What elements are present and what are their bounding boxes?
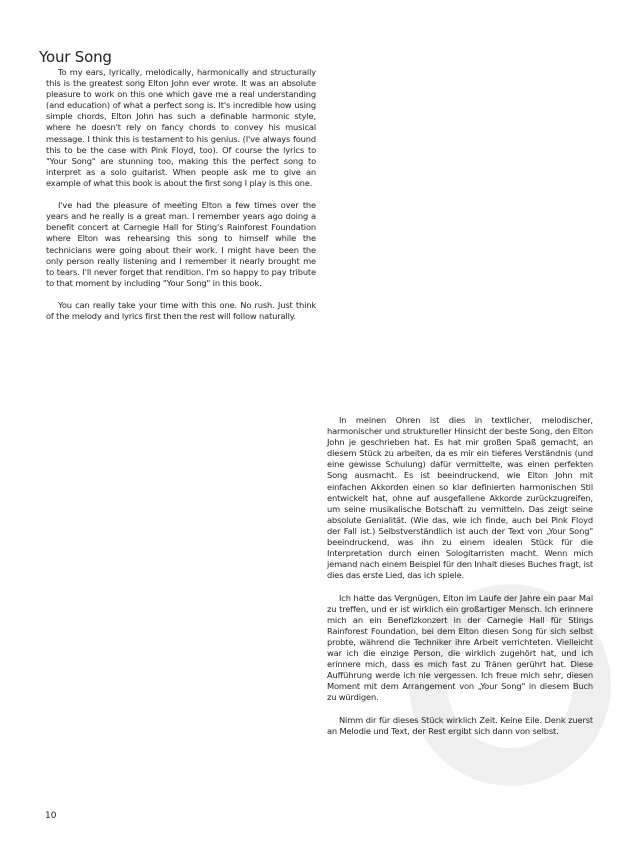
german-paragraph-3: Nimm dir für dieses Stück wirklich Zeit.… xyxy=(327,715,593,737)
german-paragraph-2: Ich hatte das Vergnügen, Elton im Laufe … xyxy=(327,593,593,704)
page-title: Your Song xyxy=(39,48,112,66)
english-paragraph-1: To my ears, lyrically, melodically, harm… xyxy=(46,67,316,189)
page-number: 10 xyxy=(45,811,56,821)
german-text-column: In meinen Ohren ist dies in textlicher, … xyxy=(327,415,593,748)
english-paragraph-3: You can really take your time with this … xyxy=(46,300,316,322)
english-text-column: To my ears, lyrically, melodically, harm… xyxy=(46,67,316,333)
german-paragraph-1: In meinen Ohren ist dies in textlicher, … xyxy=(327,415,593,581)
english-paragraph-2: I've had the pleasure of meeting Elton a… xyxy=(46,200,316,289)
